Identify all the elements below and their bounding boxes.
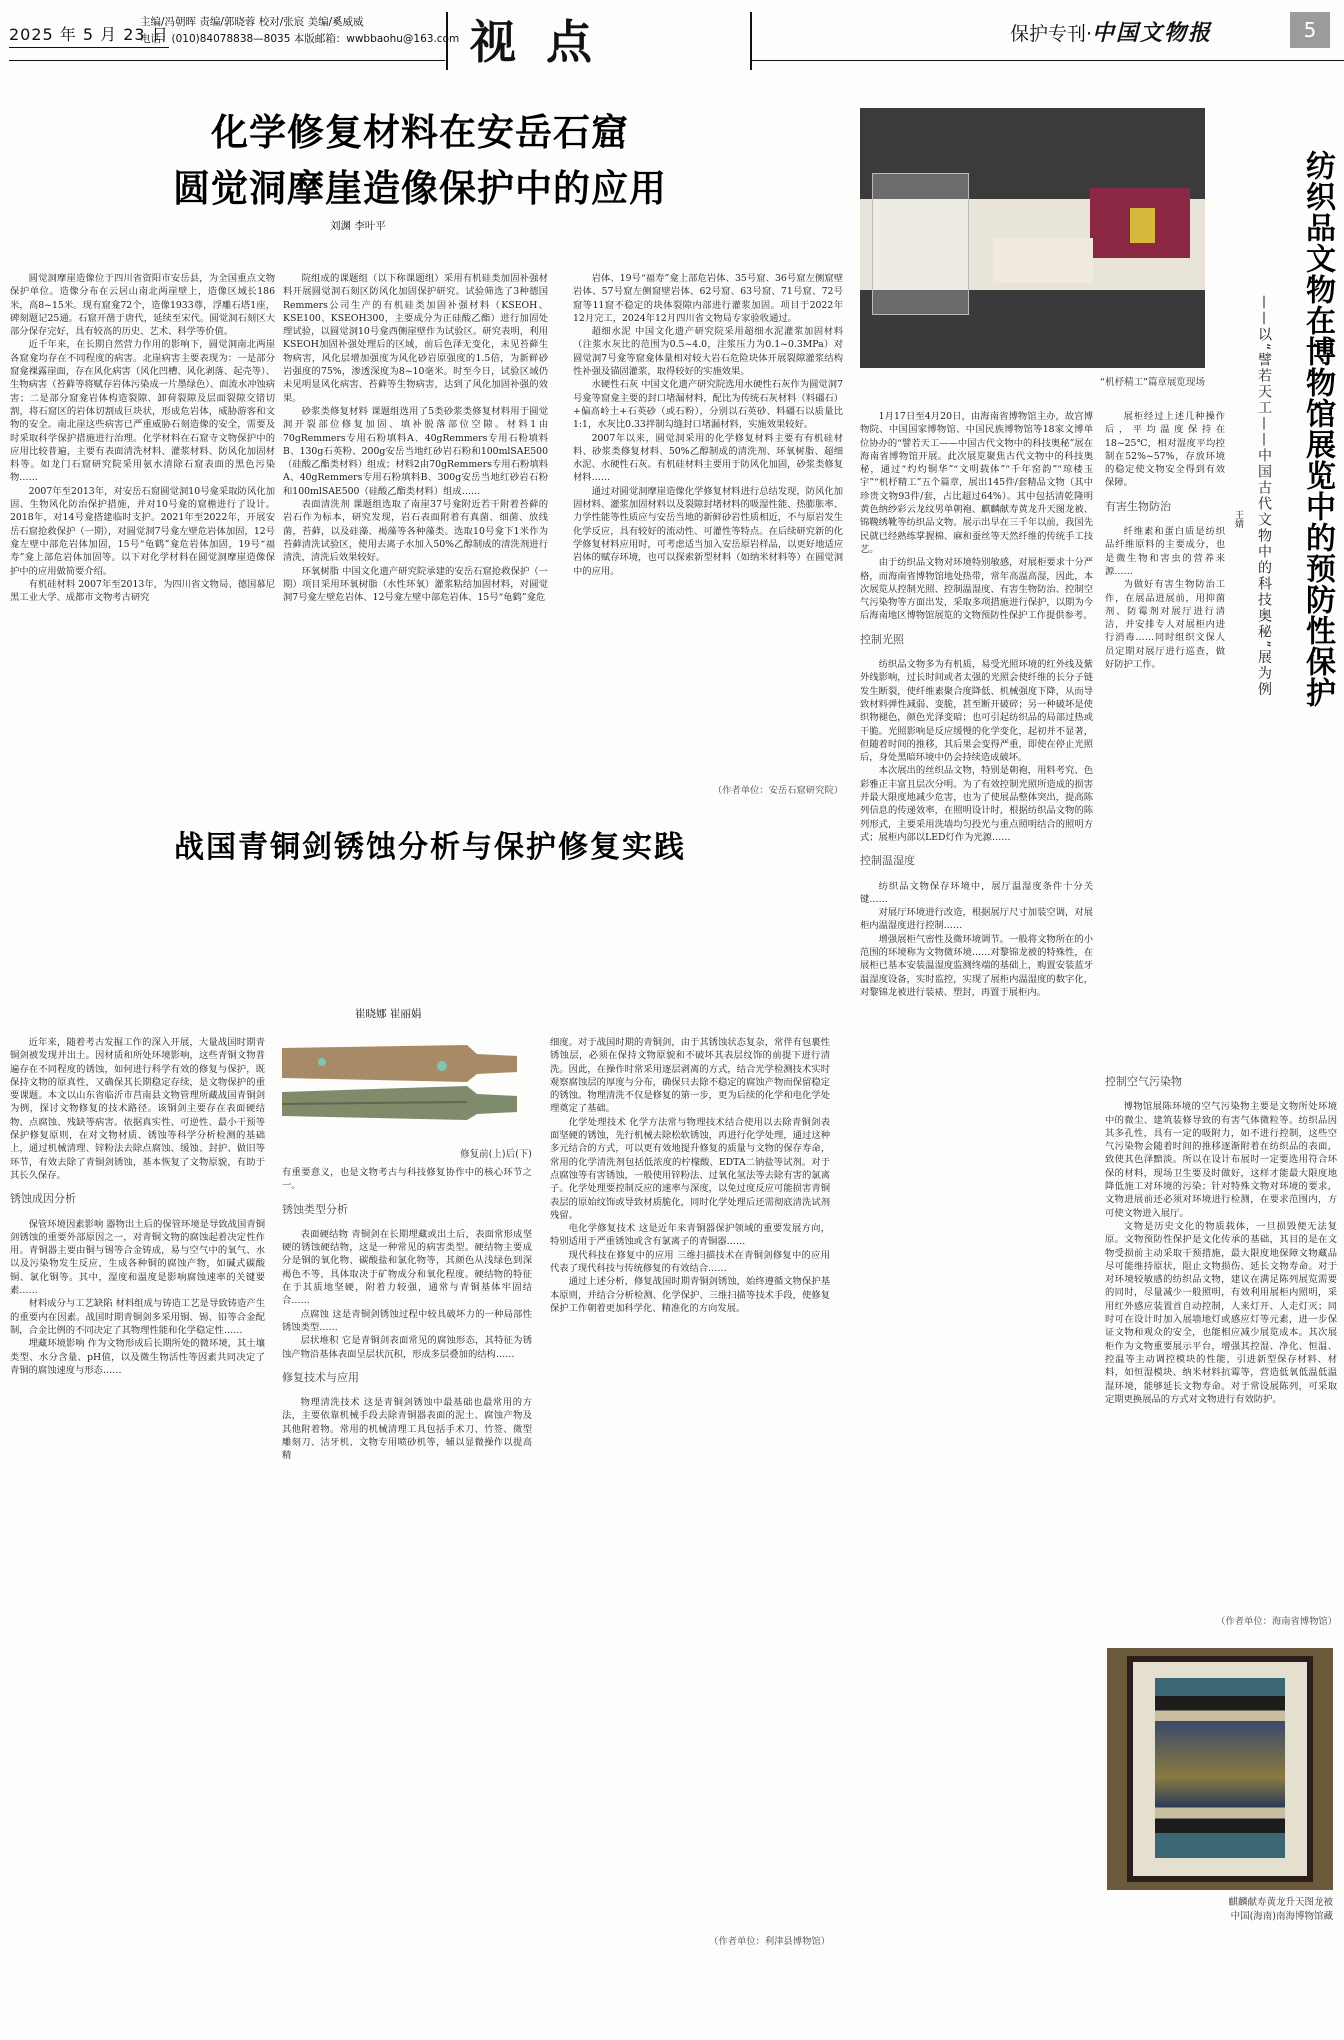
article2-column-3: 细度。对于战国时期的青铜剑，由于其锈蚀状态复杂，常伴有包裹性锈蚀层，必须在保持文… (550, 1036, 830, 1916)
quilt-textile (1155, 1678, 1285, 1858)
paragraph: 近年来，随着考古发掘工作的深入开展，大量战国时期青铜剑被发现并出土。因材质和所处… (10, 1036, 265, 1182)
article3-column-2-wide: 控制空气污染物 博物馆展陈环境的空气污染物主要是文物所处环境中的微尘、建筑装修导… (1105, 1075, 1337, 1615)
dragon-quilt-photo (1107, 1648, 1333, 1890)
page-number: 5 (1290, 12, 1330, 48)
paragraph: 岩体、19号“福寿”龛上部危岩体、35号窟、36号窟左侧窟壁岩体、57号窟左侧窟… (573, 272, 843, 325)
paragraph: 材料成分与工艺缺陷 材料组成与铸造工艺是导致铸造产生的重要内在因素。战国时期青铜… (10, 1297, 265, 1337)
sword-image (282, 1042, 532, 1122)
paragraph: 砂浆类修复材料 课题组选用了5类砂浆类修复材料用于圆觉洞开裂部位修复加固、填补脱… (283, 405, 548, 498)
staff-contact: 电话：(010)84078838—8035 本版邮箱：wwbbaohu@163.… (140, 31, 459, 48)
section-divider-left (446, 12, 448, 70)
subheading-tech: 修复技术与应用 (282, 1371, 532, 1384)
subheading-type: 锈蚀类型分析 (282, 1203, 532, 1216)
article2-byline: 崔晓娜 崔丽娟 (355, 1006, 421, 1021)
paragraph: 1月17日至4月20日，由海南省博物馆主办，故宫博物院、中国国家博物馆、中国民族… (860, 410, 1093, 556)
subheading-air: 控制空气污染物 (1105, 1075, 1337, 1088)
paragraph: 通过上述分析，修复战国时期青铜剑锈蚀，始终遵循文物保护基本原则，并结合分析检测、… (550, 1275, 830, 1315)
article3-column-2-narrow: 展柜经过上述几种操作后，平均温度保持在18~25℃，相对湿度平均控制在52%~5… (1105, 410, 1225, 1070)
paragraph: 保管环境因素影响 器物出土后的保管环境是导致战国青铜剑锈蚀的重要外部原因之一，对… (10, 1218, 265, 1298)
article1-byline: 刘渊 李叶平 (330, 218, 386, 233)
article2-column-1: 近年来，随着考古发掘工作的深入开展，大量战国时期青铜剑被发现并出土。因材质和所处… (10, 1036, 265, 1951)
subheading-light: 控制光照 (860, 633, 1093, 646)
article3-headline: 纺织品文物在博物馆展览中的预防性保护 (1295, 150, 1339, 870)
newspaper-brand: 保护专刊·中国文物报 (1010, 16, 1212, 47)
paragraph: 表面硬结物 青铜剑在长期埋藏或出土后，表面常形成坚硬的锈蚀硬结物，这是一种常见的… (282, 1228, 532, 1308)
quilt-caption-collection: 中国(海南)南海博物馆藏 (1107, 1910, 1333, 1924)
article2-author-unit: （作者单位：利津县博物馆） (550, 1935, 830, 1948)
article1-headline: 化学修复材料在安岳石窟 圆觉洞摩崖造像保护中的应用 (60, 104, 780, 216)
paragraph: 超细水泥 中国文化遗产研究院采用超细水泥灌浆加固材料（注浆水灰比的范围为0.5~… (573, 325, 843, 378)
subheading-cause: 锈蚀成因分析 (10, 1192, 265, 1205)
header-rule (9, 60, 445, 61)
article3-subtitle: ——以“譬若天工——中国古代文物中的科技奥秘”展为例 (1254, 295, 1274, 715)
paragraph: 有机硅材料 2007年至2013年，为四川省文物局、德国慕尼黑工业大学、成都市文… (10, 578, 275, 605)
article3-column-1: 1月17日至4月20日，由海南省博物馆主办，故宫博物院、中国国家博物馆、中国民族… (860, 410, 1093, 1960)
paragraph: 博物馆展陈环境的空气污染物主要是文物所处环境中的微尘、建筑装修导致的有害气体微粒… (1105, 1100, 1337, 1220)
article1-column-2: 院组成的课题组（以下称课题组）采用有机硅类加固补强材料开展圆觉洞石刻区防风化加固… (283, 272, 548, 782)
paragraph: 近千年来，在长期自然营力作用的影响下，圆觉洞南北两崖各窟龛均存在不同程度的病害。… (10, 338, 275, 484)
subheading-humidity: 控制温湿度 (860, 854, 1093, 867)
paragraph: 层状堆积 它是青铜剑表面常见的腐蚀形态，其特征为锈蚀产物沿基体表面呈层状沉积，形… (282, 1334, 532, 1361)
paragraph: 本次展出的丝织品文物，特别是朝袍，用料考究、色彩雅正丰富且层次分明。为了有效控制… (860, 764, 1093, 844)
yellow-robe (1130, 208, 1155, 243)
paragraph: 2007年以来，圆觉洞采用的化学修复材料主要有有机硅材料、砂浆类修复材料、50%… (573, 432, 843, 485)
glass-showcase (872, 173, 969, 315)
bronze-sword-photo (282, 1042, 532, 1122)
paragraph: 现代科技在修复中的应用 三维扫描技术在青铜剑修复中的应用代表了现代科技与传统修复… (550, 1249, 830, 1276)
paragraph: 物理清洗技术 这是青铜剑锈蚀中最基础也最常用的方法，主要依靠机械手段去除青铜器表… (282, 1396, 532, 1462)
paragraph: 纺织品文物多为有机质，易受光照环境的红外线及紫外线影响，过长时间或者太强的光照会… (860, 658, 1093, 764)
paragraph: 细度。对于战国时期的青铜剑，由于其锈蚀状态复杂，常伴有包裹性锈蚀层，必须在保持文… (550, 1036, 830, 1116)
paragraph: 文物是历史文化的物质载体，一旦损毁便无法复原。文物预防性保护是文化传承的基础，其… (1105, 1220, 1337, 1406)
article1-author-unit: （作者单位：安岳石窟研究院） (573, 784, 843, 797)
section-title: 视点 (470, 6, 622, 72)
header-rule-right (752, 60, 1344, 61)
paragraph: 化学处理技术 化学方法常与物理技术结合使用以去除青铜剑表面坚硬的锈蚀，先行机械去… (550, 1116, 830, 1222)
article3-author-unit: （作者单位：海南省博物馆） (1105, 1615, 1337, 1628)
exhibition-photo-caption: “机杼精工”篇章展览现场 (860, 374, 1205, 388)
paragraph: 2007年至2013年，对安岳石窟圆觉洞10号龛采取防风化加固、生物风化防治保护… (10, 485, 275, 578)
brand-prefix: 保护专刊· (1010, 23, 1092, 45)
article1-column-1: 圆觉洞摩崖造像位于四川省资阳市安岳县，为全国重点文物保护单位。造像分布在云居山南… (10, 272, 275, 782)
paragraph: 环氧树脂 中国文化遗产研究院承建的安岳石窟抢救保护（一期）项目采用环氧树脂（水性… (283, 565, 548, 605)
exhibition-hall-photo (860, 108, 1205, 368)
paragraph: 对展厅环境进行改造，根据展厅尺寸加装空调，对展柜内温湿度进行控制…… (860, 906, 1093, 933)
staff-editors: 主编/冯朝晖 责编/郭晓蓉 校对/张宸 美编/奚威威 (140, 14, 459, 31)
paragraph: 有重要意义，也是文物考古与科技修复协作中的核心环节之一。 (282, 1166, 532, 1193)
paragraph: 表面清洗剂 课题组选取了南崖37号龛附近若干附着苔藓的岩石作为标本，研究发现，岩… (283, 498, 548, 564)
paragraph: 电化学修复技术 这是近年来青铜器保护领域的重要发展方向，特别适用于严重锈蚀或含有… (550, 1222, 830, 1249)
quilt-caption-title: 麒麟献寿黄龙升天图龙被 (1107, 1896, 1333, 1910)
article1-title-line2: 圆觉洞摩崖造像保护中的应用 (60, 160, 780, 216)
subheading-pest: 有害生物防治 (1105, 500, 1225, 513)
paragraph: 为做好有害生物防治工作，在展品进展前，用抑菌剂、防霉剂对展厅进行清洁，并安排专人… (1105, 578, 1225, 671)
paragraph: 点腐蚀 这是青铜剑锈蚀过程中较具破坏力的一种局部性锈蚀类型…… (282, 1308, 532, 1335)
article3-byline: 王婧 (1232, 510, 1245, 528)
paragraph: 由于纺织品文物对环境特别敏感，对展柜要求十分严格，而海南省博物馆地处热带，常年高… (860, 556, 1093, 622)
paragraph: 院组成的课题组（以下称课题组）采用有机硅类加固补强材料开展圆觉洞石刻区防风化加固… (283, 272, 548, 405)
article2-headline: 战国青铜剑锈蚀分析与保护修复实践 (70, 822, 790, 866)
staff-credits: 主编/冯朝晖 责编/郭晓蓉 校对/张宸 美编/奚威威 电话：(010)84078… (140, 14, 459, 48)
sword-photo-caption: 修复前(上)后(下) (282, 1146, 532, 1160)
paragraph: 纤维素和蛋白质是纺织品纤维原料的主要成分，也是微生物和害虫的营养来源…… (1105, 525, 1225, 578)
paragraph: 水硬性石灰 中国文化遗产研究院选用水硬性石灰作为圆觉洞7号龛等窟龛主要的封口堵漏… (573, 378, 843, 431)
display-table (993, 238, 1093, 283)
article2-column-2: 有重要意义，也是文物考古与科技修复协作中的核心环节之一。 锈蚀类型分析 表面硬结… (282, 1166, 532, 1951)
brand-logo: 中国文物报 (1092, 20, 1212, 46)
paragraph: 纺织品文物保存环境中，展厅温湿度条件十分关键…… (860, 880, 1093, 907)
article1-column-3: 岩体、19号“福寿”龛上部危岩体、35号窟、36号窟左侧窟壁岩体、57号窟左侧窟… (573, 272, 843, 777)
section-divider-right (750, 12, 752, 70)
paragraph: 圆觉洞摩崖造像位于四川省资阳市安岳县，为全国重点文物保护单位。造像分布在云居山南… (10, 272, 275, 338)
paragraph: 增强展柜气密性及微环境调节。一般将文物所在的小范围的环境称为文物微环境……对黎锦… (860, 933, 1093, 999)
paragraph: 展柜经过上述几种操作后，平均温度保持在18~25℃，相对湿度平均控制在52%~5… (1105, 410, 1225, 490)
paragraph: 通过对圆觉洞摩崖造像化学修复材料进行总结发现，防风化加固材料、灌浆加固材料以及裂… (573, 485, 843, 578)
quilt-photo-caption: 麒麟献寿黄龙升天图龙被 中国(海南)南海博物馆藏 (1107, 1896, 1333, 1924)
paragraph: 埋藏环境影响 作为文物形成后长期所处的微环境，其土壤类型、水分含量、pH值，以及… (10, 1337, 265, 1377)
article1-title-line1: 化学修复材料在安岳石窟 (60, 104, 780, 160)
